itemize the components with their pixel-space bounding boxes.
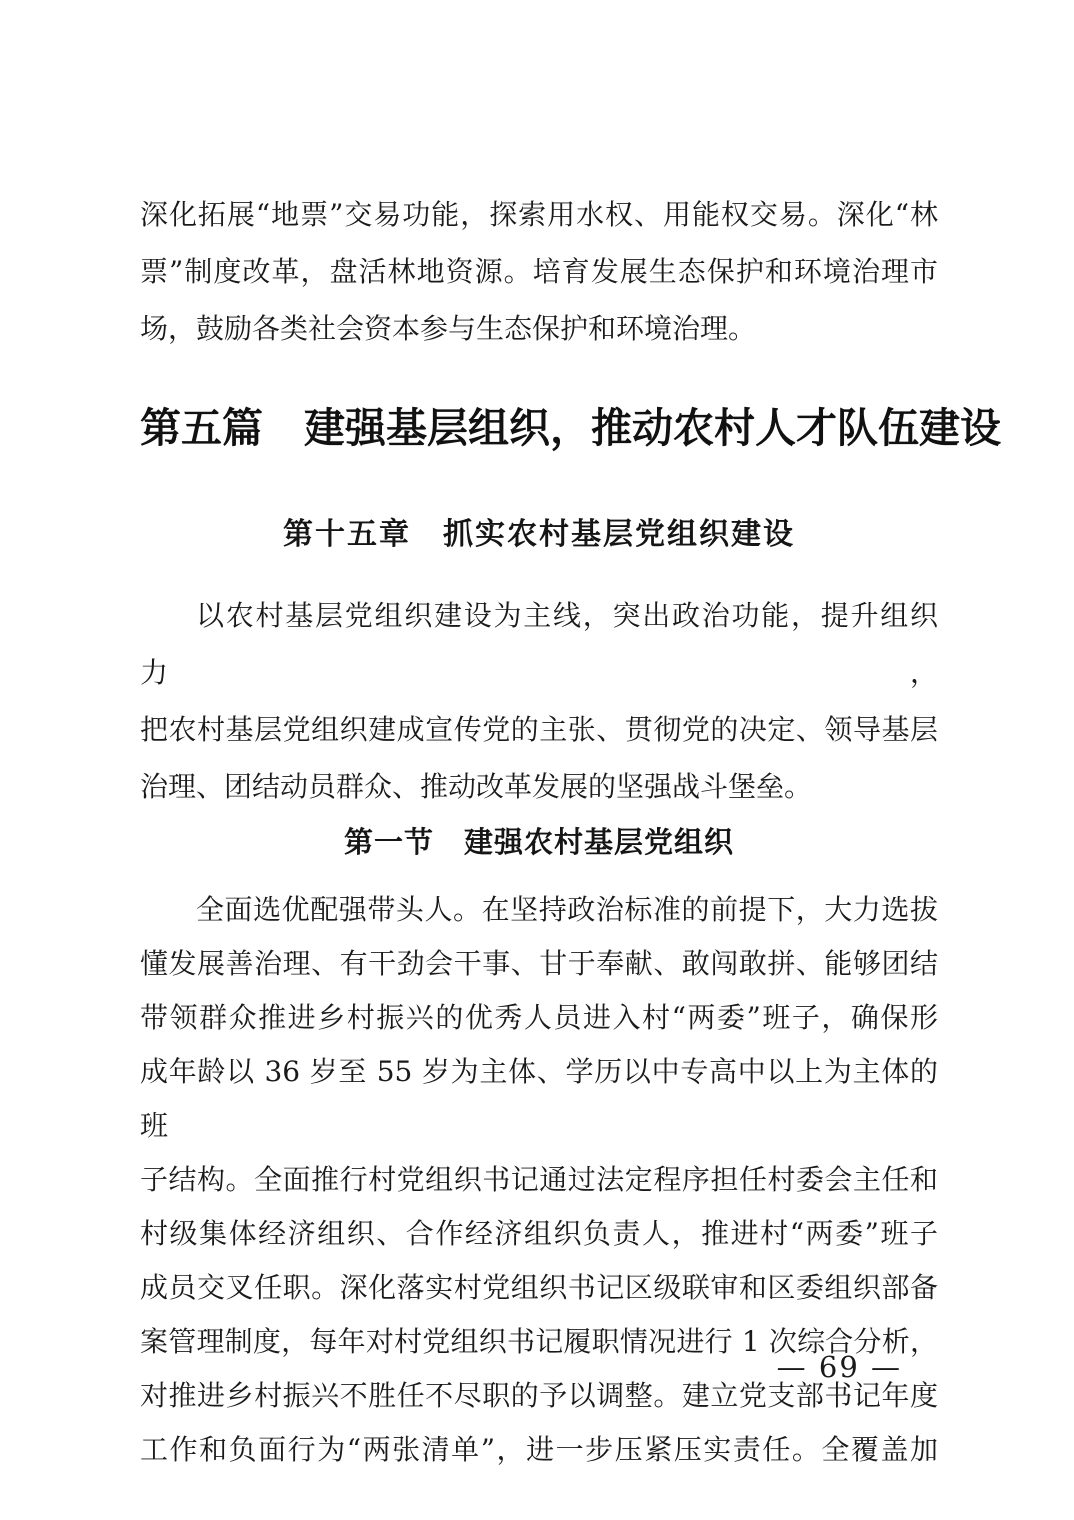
text-line: 懂发展善治理、有干劲会干事、甘于奉献、敢闯敢拼、能够团结 [140, 937, 938, 991]
text-line: 场，鼓励各类社会资本参与生态保护和环境治理。 [140, 300, 938, 357]
text-line: 全面选优配强带头人。在坚持政治标准的前提下，大力选拔 [140, 883, 938, 937]
text-line: 票”制度改革，盘活林地资源。培育发展生态保护和环境治理市 [140, 243, 938, 300]
text-line: 带领群众推进乡村振兴的优秀人员进入村“两委”班子，确保形 [140, 991, 938, 1045]
text-line: 治理、团结动员群众、推动改革发展的坚强战斗堡垒。 [140, 758, 938, 815]
text-line: 成年龄以 36 岁至 55 岁为主体、学历以中专高中以上为主体的班 [140, 1045, 938, 1153]
section-heading: 第一节 建强农村基层党组织 [140, 819, 938, 865]
paragraph-intro: 以农村基层党组织建设为主线，突出政治功能，提升组织力， 把农村基层党组织建成宣传… [140, 587, 938, 815]
part-heading: 第五篇 建强基层组织，推动农村人才队伍建设 [140, 397, 938, 459]
text-line: 把农村基层党组织建成宣传党的主张、贯彻党的决定、领导基层 [140, 701, 938, 758]
text-line: 村级集体经济组织、合作经济组织负责人，推进村“两委”班子 [140, 1207, 938, 1261]
paragraph-body: 全面选优配强带头人。在坚持政治标准的前提下，大力选拔 懂发展善治理、有干劲会干事… [140, 883, 938, 1477]
paragraph-continuation: 深化拓展“地票”交易功能，探索用水权、用能权交易。深化“林 票”制度改革，盘活林… [140, 186, 938, 357]
text-line: 工作和负面行为“两张清单”，进一步压紧压实责任。全覆盖加 [140, 1423, 938, 1477]
text-line: 成员交叉任职。深化落实村党组织书记区级联审和区委组织部备 [140, 1261, 938, 1315]
text-column: 深化拓展“地票”交易功能，探索用水权、用能权交易。深化“林 票”制度改革，盘活林… [140, 186, 938, 1477]
text-line: 深化拓展“地票”交易功能，探索用水权、用能权交易。深化“林 [140, 186, 938, 243]
page-number: — 69 — [777, 1350, 902, 1384]
chapter-heading: 第十五章 抓实农村基层党组织建设 [140, 513, 938, 557]
text-line: 以农村基层党组织建设为主线，突出政治功能，提升组织力， [140, 587, 938, 701]
document-page: 深化拓展“地票”交易功能，探索用水权、用能权交易。深化“林 票”制度改革，盘活林… [0, 0, 1074, 1520]
text-line: 子结构。全面推行村党组织书记通过法定程序担任村委会主任和 [140, 1153, 938, 1207]
